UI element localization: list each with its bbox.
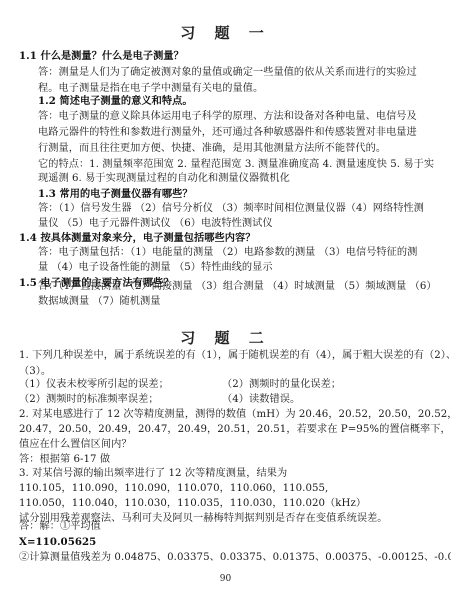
answer-2-3-line-1: 答：解：①平均值 bbox=[19, 520, 101, 534]
answer-1-2-line-1: 答：电子测量的意义除具体运用电子科学的原理、方法和设备对各种电量、电信号及 bbox=[38, 110, 417, 124]
section-title-2: 习 题 二 bbox=[0, 327, 451, 348]
question-2-1-line-1: 1. 下列几种误差中，属于系统误差的有（1），属于随机误差的有（4），属于粗大误… bbox=[19, 349, 451, 363]
question-1-4: 1.4 按具体测量对象来分，电子测量包括哪些内容？ bbox=[19, 231, 255, 245]
option-1: （1）仪表未校零所引起的误差； bbox=[19, 378, 169, 392]
question-1-3: 1.3 常用的电子测量仪器有哪些？ bbox=[38, 187, 193, 201]
question-1-2: 1.2 简述电子测量的意义和特点。 bbox=[38, 94, 193, 108]
answer-1-2-line-3: 行测量，而且往往更加方便、快捷、准确，是用其他测量方法所不能替代的。 bbox=[38, 142, 386, 156]
question-2-3-line-1: 3. 对某信号源的输出频率进行了 12 次等精度测量，结果为 bbox=[19, 467, 287, 481]
answer-2-2: 答：根据第 6-17 做 bbox=[19, 453, 110, 467]
answer-1-2-line-2: 电路元器件的特性和参数进行测量外，还可通过各种敏感器件和传感装置对非电量进 bbox=[38, 126, 417, 140]
question-2-2-line-2: 20.47，20.50，20.49，20.47，20.49，20.51，20.5… bbox=[19, 423, 451, 437]
question-2-3-line-2: 110.105，110.090，110.090，110.070，110.060，… bbox=[19, 482, 328, 496]
answer-1-5-line-2: 数据域测量 （7）随机测量 bbox=[38, 295, 160, 309]
answer-1-2-line-5: 现遥测 6. 易于实现测量过程的自动化和测量仪器微机化 bbox=[38, 172, 290, 186]
question-1-1: 1.1 什么是测量？什么是电子测量？ bbox=[19, 49, 184, 63]
page-number: 90 bbox=[0, 574, 451, 584]
answer-1-3-line-2: 量仪 （5）电子元器件测试仪 （6）电波特性测试仪 bbox=[38, 217, 273, 231]
answer-1-3-line-1: 答：（1）信号发生器 （2）信号分析仪 （3）频率时间相位测量仪器（4）网络特性… bbox=[38, 202, 424, 216]
answer-1-2-line-4: 它的特点：1. 测量频率范围宽 2. 量程范围宽 3. 测量准确度高 4. 测量… bbox=[38, 158, 434, 172]
option-4: （4）读数错误。 bbox=[222, 393, 300, 407]
answer-1-4-line-2: 量 （4）电子设备性能的测量 （5）特性曲线的显示 bbox=[38, 261, 273, 275]
answer-1-4-line-1: 答：电子测量包括：（1）电能量的测量 （2）电路参数的测量 （3）电信号特征的测 bbox=[38, 246, 417, 260]
question-2-1-line-2: （3）。 bbox=[19, 365, 51, 379]
section-title-1: 习 题 一 bbox=[0, 22, 451, 43]
question-2-3-line-3: 110.050，110.040，110.030，110.035，110.030，… bbox=[19, 497, 366, 511]
question-2-2-line-3: 值应在什么置信区间内？ bbox=[19, 438, 132, 452]
option-2: （2）测频时的量化误差； bbox=[222, 378, 341, 392]
answer-1-5-line-1: 答：（1）直接测量 （2）间接测量 （3）组合测量 （4）时域测量 （5）频域测… bbox=[38, 280, 437, 294]
answer-2-3-line-2: X=110.05625 bbox=[19, 535, 96, 549]
answer-2-3-line-3: ②计算测量值残差为 0.04875、0.03375、0.03375、0.0137… bbox=[19, 551, 451, 565]
question-2-2-line-1: 2. 对某电感进行了 12 次等精度测量，测得的数值（mH）为 20.46，20… bbox=[19, 408, 451, 422]
answer-1-1-line-1: 答：测量是人们为了确定被测对象的量值或确定一些量值的依从关系而进行的实验过 bbox=[38, 66, 417, 80]
option-3: （2）测频时的标准频率误差； bbox=[19, 393, 159, 407]
